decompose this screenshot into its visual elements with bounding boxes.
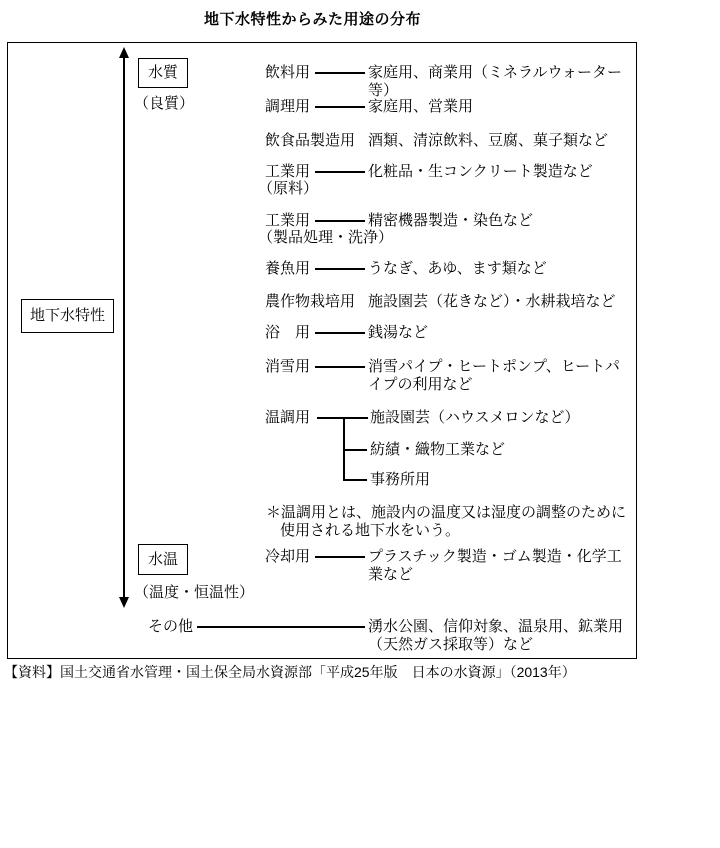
connector-line bbox=[315, 332, 365, 334]
usage-detail-cooking: 家庭用、営業用 bbox=[368, 98, 634, 116]
water-temperature-label: 水温 bbox=[148, 551, 178, 569]
connector-line bbox=[315, 268, 365, 270]
usage-detail-industrial-raw: 化粧品・生コンクリート製造など bbox=[368, 163, 634, 181]
usage-detail-crop-cultivation: 施設園芸（花きなど）・水耕栽培など bbox=[368, 293, 634, 311]
usage-detail-other: 湧水公園、信仰対象、温泉用、鉱業用（天然ガス採取等）など bbox=[368, 618, 634, 654]
groundwater-characteristics-label: 地下水特性 bbox=[30, 307, 105, 325]
water-temperature-caption: （温度・恒温性） bbox=[134, 584, 254, 602]
usage-sublabel-industrial-processing: （製品処理・洗浄） bbox=[258, 229, 393, 247]
connector-line bbox=[315, 171, 365, 173]
usage-detail-industrial-processing: 精密機器製造・染色など bbox=[368, 212, 634, 230]
branch-detail-office: 事務所用 bbox=[370, 471, 430, 489]
usage-detail-cooling: プラスチック製造・ゴム製造・化学工業など bbox=[368, 548, 634, 584]
axis-arrow-down-icon bbox=[119, 597, 129, 608]
usage-label-temperature-control: 温調用 bbox=[265, 409, 310, 427]
branch-stub-line bbox=[343, 479, 367, 481]
connector-line bbox=[315, 556, 365, 558]
usage-label-cooking: 調理用 bbox=[265, 98, 310, 116]
connector-line bbox=[315, 366, 365, 368]
temperature-control-note: ＊温調用とは、施設内の温度又は湿度の調整のために使用される地下水をいう。 bbox=[266, 504, 634, 540]
usage-label-industrial-raw: 工業用 bbox=[265, 163, 310, 181]
usage-label-other: その他 bbox=[148, 618, 193, 636]
usage-label-food-manufacturing: 飲食品製造用 bbox=[265, 132, 355, 150]
usage-label-fish-farming: 養魚用 bbox=[265, 260, 310, 278]
usage-label-crop-cultivation: 農作物栽培用 bbox=[265, 293, 355, 311]
connector-line bbox=[197, 626, 365, 628]
usage-label-snow-melting: 消雪用 bbox=[265, 358, 310, 376]
page: 地下水特性からみた用途の分布 地下水特性 水質 （良質） 水温 （温度・恒温性）… bbox=[0, 0, 720, 848]
branch-detail-textile: 紡績・織物工業など bbox=[370, 441, 505, 459]
connector-line bbox=[315, 220, 365, 222]
usage-detail-snow-melting: 消雪パイプ・ヒートポンプ、ヒートパイプの利用など bbox=[368, 358, 634, 394]
connector-line bbox=[315, 72, 365, 74]
usage-label-cooling: 冷却用 bbox=[265, 548, 310, 566]
axis-arrow-line bbox=[123, 55, 125, 601]
usage-detail-fish-farming: うなぎ、あゆ、ます類など bbox=[368, 260, 634, 278]
water-quality-label: 水質 bbox=[148, 64, 178, 82]
groundwater-characteristics-box: 地下水特性 bbox=[21, 299, 114, 333]
branch-detail-horticulture: 施設園芸（ハウスメロンなど） bbox=[370, 409, 580, 427]
usage-detail-drinking: 家庭用、商業用（ミネラルウォーター等） bbox=[368, 64, 634, 100]
usage-sublabel-industrial-raw: （原料） bbox=[258, 180, 318, 198]
usage-label-drinking: 飲料用 bbox=[265, 64, 310, 82]
water-quality-box: 水質 bbox=[138, 58, 188, 88]
axis-arrow-up-icon bbox=[119, 47, 129, 58]
usage-detail-bathing: 銭湯など bbox=[368, 324, 634, 342]
source-citation: 【資料】国土交通省水管理・国土保全局水資源部「平成25年版 日本の水資源」（20… bbox=[4, 663, 576, 681]
water-temperature-box: 水温 bbox=[138, 544, 188, 575]
diagram-title: 地下水特性からみた用途の分布 bbox=[204, 11, 421, 29]
usage-label-bathing: 浴 用 bbox=[265, 324, 310, 342]
usage-label-industrial-processing: 工業用 bbox=[265, 212, 310, 230]
usage-detail-food-manufacturing: 酒類、清涼飲料、豆腐、菓子類など bbox=[368, 132, 634, 150]
branch-stub-line bbox=[343, 449, 367, 451]
water-quality-caption: （良質） bbox=[134, 95, 194, 113]
connector-line bbox=[315, 106, 365, 108]
